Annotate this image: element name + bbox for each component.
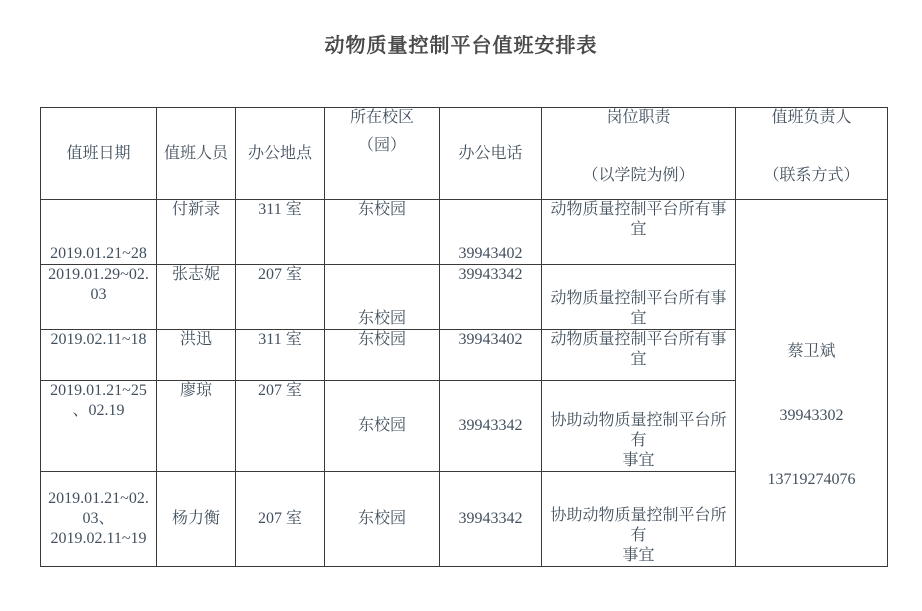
column-header-label: 值班日期 bbox=[43, 144, 154, 164]
cell-campus: 东校园 bbox=[325, 265, 440, 330]
cell-office-phone: 39943342 bbox=[440, 472, 542, 567]
cell-office-phone: 39943342 bbox=[440, 381, 542, 472]
cell-job-duty: 协助动物质量控制平台所有 事宜 bbox=[542, 381, 736, 472]
column-header-sublabel: （以学院为例） bbox=[544, 166, 733, 186]
column-header-duty-person: 值班人员 bbox=[157, 108, 236, 200]
cell-office-phone: 39943402 bbox=[440, 200, 542, 265]
cell-office-phone: 39943342 bbox=[440, 265, 542, 330]
page-title: 动物质量控制平台值班安排表 bbox=[0, 34, 922, 58]
cell-office-location: 311 室 bbox=[236, 330, 325, 381]
column-header-label: 岗位职责 bbox=[544, 108, 733, 128]
cell-duty-date: 2019.01.21~02. 03、 2019.02.11~19 bbox=[41, 472, 157, 567]
column-header-job-duty: 岗位职责 （以学院为例） bbox=[542, 108, 736, 200]
column-header-label: 办公地点 bbox=[238, 144, 322, 164]
duty-schedule-table: 值班日期 值班人员 办公地点 所在校区 （园） 办公电话 岗位职责 （以学院为例 bbox=[40, 107, 888, 567]
supervisor-office-phone: 39943302 bbox=[780, 406, 844, 426]
cell-duty-person: 付新录 bbox=[157, 200, 236, 265]
table-header-row: 值班日期 值班人员 办公地点 所在校区 （园） 办公电话 岗位职责 （以学院为例 bbox=[41, 108, 888, 200]
cell-office-location: 311 室 bbox=[236, 200, 325, 265]
column-header-sublabel: （园） bbox=[327, 136, 437, 156]
cell-job-duty: 动物质量控制平台所有事宜 bbox=[542, 200, 736, 265]
cell-duty-person: 张志妮 bbox=[157, 265, 236, 330]
cell-job-duty: 动物质量控制平台所有事宜 bbox=[542, 265, 736, 330]
supervisor-name: 蔡卫斌 bbox=[787, 342, 835, 362]
cell-job-duty: 协助动物质量控制平台所有 事宜 bbox=[542, 472, 736, 567]
cell-duty-person: 洪迅 bbox=[157, 330, 236, 381]
cell-campus: 东校园 bbox=[325, 200, 440, 265]
supervisor-contact-block: 蔡卫斌 39943302 13719274076 bbox=[738, 342, 885, 490]
cell-duty-date: 2019.01.21~28 bbox=[41, 200, 157, 265]
cell-campus: 东校园 bbox=[325, 472, 440, 567]
cell-duty-date: 2019.01.29~02. 03 bbox=[41, 265, 157, 330]
cell-duty-person: 杨力衡 bbox=[157, 472, 236, 567]
column-header-supervisor: 值班负责人 （联系方式） bbox=[736, 108, 888, 200]
column-header-office-location: 办公地点 bbox=[236, 108, 325, 200]
column-header-label: 值班负责人 bbox=[738, 108, 885, 128]
column-header-sublabel: （联系方式） bbox=[738, 166, 885, 186]
cell-campus: 东校园 bbox=[325, 381, 440, 472]
column-header-label: 所在校区 bbox=[327, 108, 437, 128]
column-header-label: 办公电话 bbox=[442, 144, 539, 164]
cell-duty-date: 2019.02.11~18 bbox=[41, 330, 157, 381]
cell-campus: 东校园 bbox=[325, 330, 440, 381]
column-header-campus: 所在校区 （园） bbox=[325, 108, 440, 200]
cell-supervisor-contact: 蔡卫斌 39943302 13719274076 bbox=[736, 200, 888, 567]
cell-duty-date: 2019.01.21~25 、02.19 bbox=[41, 381, 157, 472]
supervisor-mobile-phone: 13719274076 bbox=[768, 470, 856, 490]
document-page: 动物质量控制平台值班安排表 值班日期 值班人员 办公地点 bbox=[0, 0, 922, 611]
column-header-label: 值班人员 bbox=[159, 144, 233, 164]
cell-job-duty: 动物质量控制平台所有事宜 bbox=[542, 330, 736, 381]
table-row: 2019.01.21~28 付新录 311 室 东校园 39943402 动物质… bbox=[41, 200, 888, 265]
cell-office-location: 207 室 bbox=[236, 381, 325, 472]
column-header-duty-date: 值班日期 bbox=[41, 108, 157, 200]
cell-duty-person: 廖琼 bbox=[157, 381, 236, 472]
column-header-office-phone: 办公电话 bbox=[440, 108, 542, 200]
cell-office-location: 207 室 bbox=[236, 472, 325, 567]
cell-office-location: 207 室 bbox=[236, 265, 325, 330]
cell-office-phone: 39943402 bbox=[440, 330, 542, 381]
